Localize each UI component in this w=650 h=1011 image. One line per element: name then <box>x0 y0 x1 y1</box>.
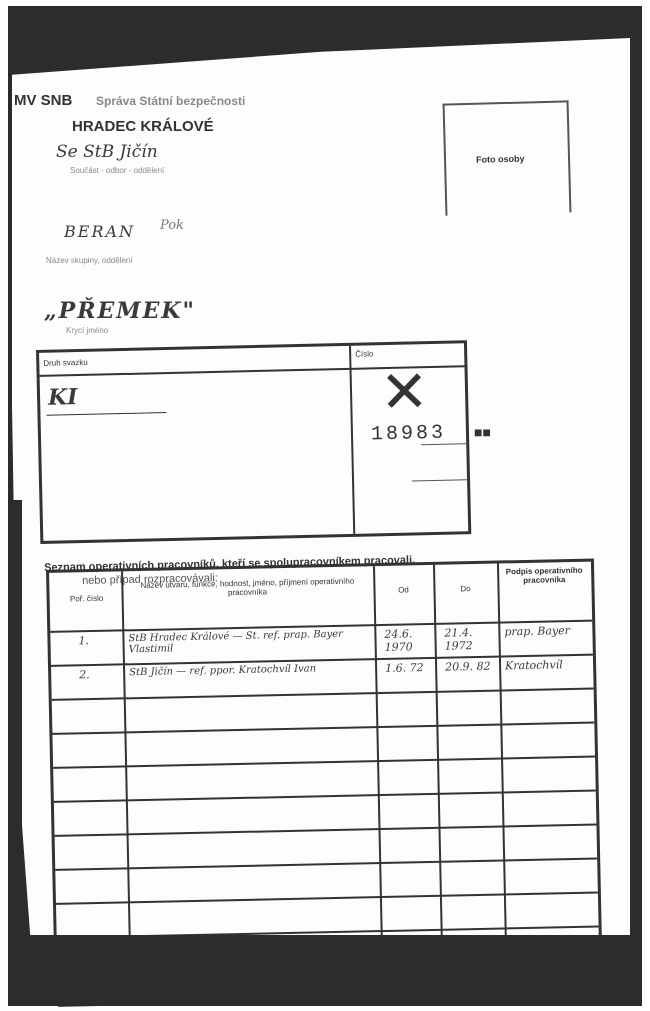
row-to: 20.9. 82 <box>445 660 497 674</box>
department-label: Správa Státní bezpečnosti <box>96 94 245 108</box>
margin-stamp: ■■ <box>474 424 491 440</box>
unit-handwritten: Se StB Jičín <box>56 142 158 162</box>
row-worker: StB Hradec Králové — St. ref. prap. Baye… <box>128 628 372 655</box>
officer-caption: Název skupiny, oddělení <box>46 256 133 265</box>
row-divider <box>52 688 594 701</box>
scan-left-edge <box>8 500 22 940</box>
codename-value: „PŘEMEK" <box>44 298 196 324</box>
row-divider <box>56 892 598 905</box>
col-header-number: Poř. číslo <box>54 593 120 603</box>
row-signature: Kratochvíl <box>505 658 589 673</box>
col-header-worker: Název útvaru, funkce, hodnost, jméno, př… <box>125 576 369 599</box>
row-divider <box>55 858 597 871</box>
officer-name-suffix: Pok <box>160 218 184 233</box>
row-divider <box>55 824 597 837</box>
registration-separator <box>349 346 355 534</box>
row-divider <box>52 722 594 735</box>
photo-label: Foto osoby <box>476 154 525 165</box>
col-header-signature: Podpis operativního pracovníka <box>501 566 587 586</box>
rule <box>412 479 467 481</box>
row-signature: prap. Bayer <box>504 624 588 639</box>
rule <box>46 412 166 416</box>
operative-workers-table: Poř. číslo Název útvaru, funkce, hodnost… <box>46 559 602 976</box>
row-divider <box>54 790 596 803</box>
codename-caption: Krycí jméno <box>66 326 108 335</box>
file-type-label: Druh svazku <box>43 358 88 368</box>
row-worker: StB Jičín — ref. ppor. Kratochvíl Ivan <box>129 662 373 678</box>
scan-bottom-edge <box>8 935 642 1006</box>
row-divider <box>53 756 595 769</box>
col-header-to: Do <box>435 584 495 594</box>
agency-label: MV SNB <box>14 92 72 109</box>
col-header-from: Od <box>375 585 431 595</box>
file-type-value: KI <box>48 384 78 411</box>
registration-box: Druh svazku Číslo KI ✕ 18983 <box>36 340 471 544</box>
rule <box>421 443 466 445</box>
officer-name: BERAN <box>64 222 135 241</box>
row-from: 1.6. 72 <box>385 661 433 675</box>
unit-caption: Součást - odbor - oddělení <box>70 166 164 175</box>
file-number-value: 18983 <box>371 422 447 447</box>
file-number-label: Číslo <box>355 349 373 358</box>
row-from: 24.6. 1970 <box>384 627 433 654</box>
row-number: 2. <box>79 667 119 681</box>
cross-out-mark: ✕ <box>379 362 429 421</box>
row-to: 21.4. 1972 <box>444 626 497 653</box>
photo-placeholder: Foto osoby <box>443 100 572 215</box>
city-label: HRADEC KRÁLOVÉ <box>72 118 214 135</box>
row-number: 1. <box>78 633 118 647</box>
